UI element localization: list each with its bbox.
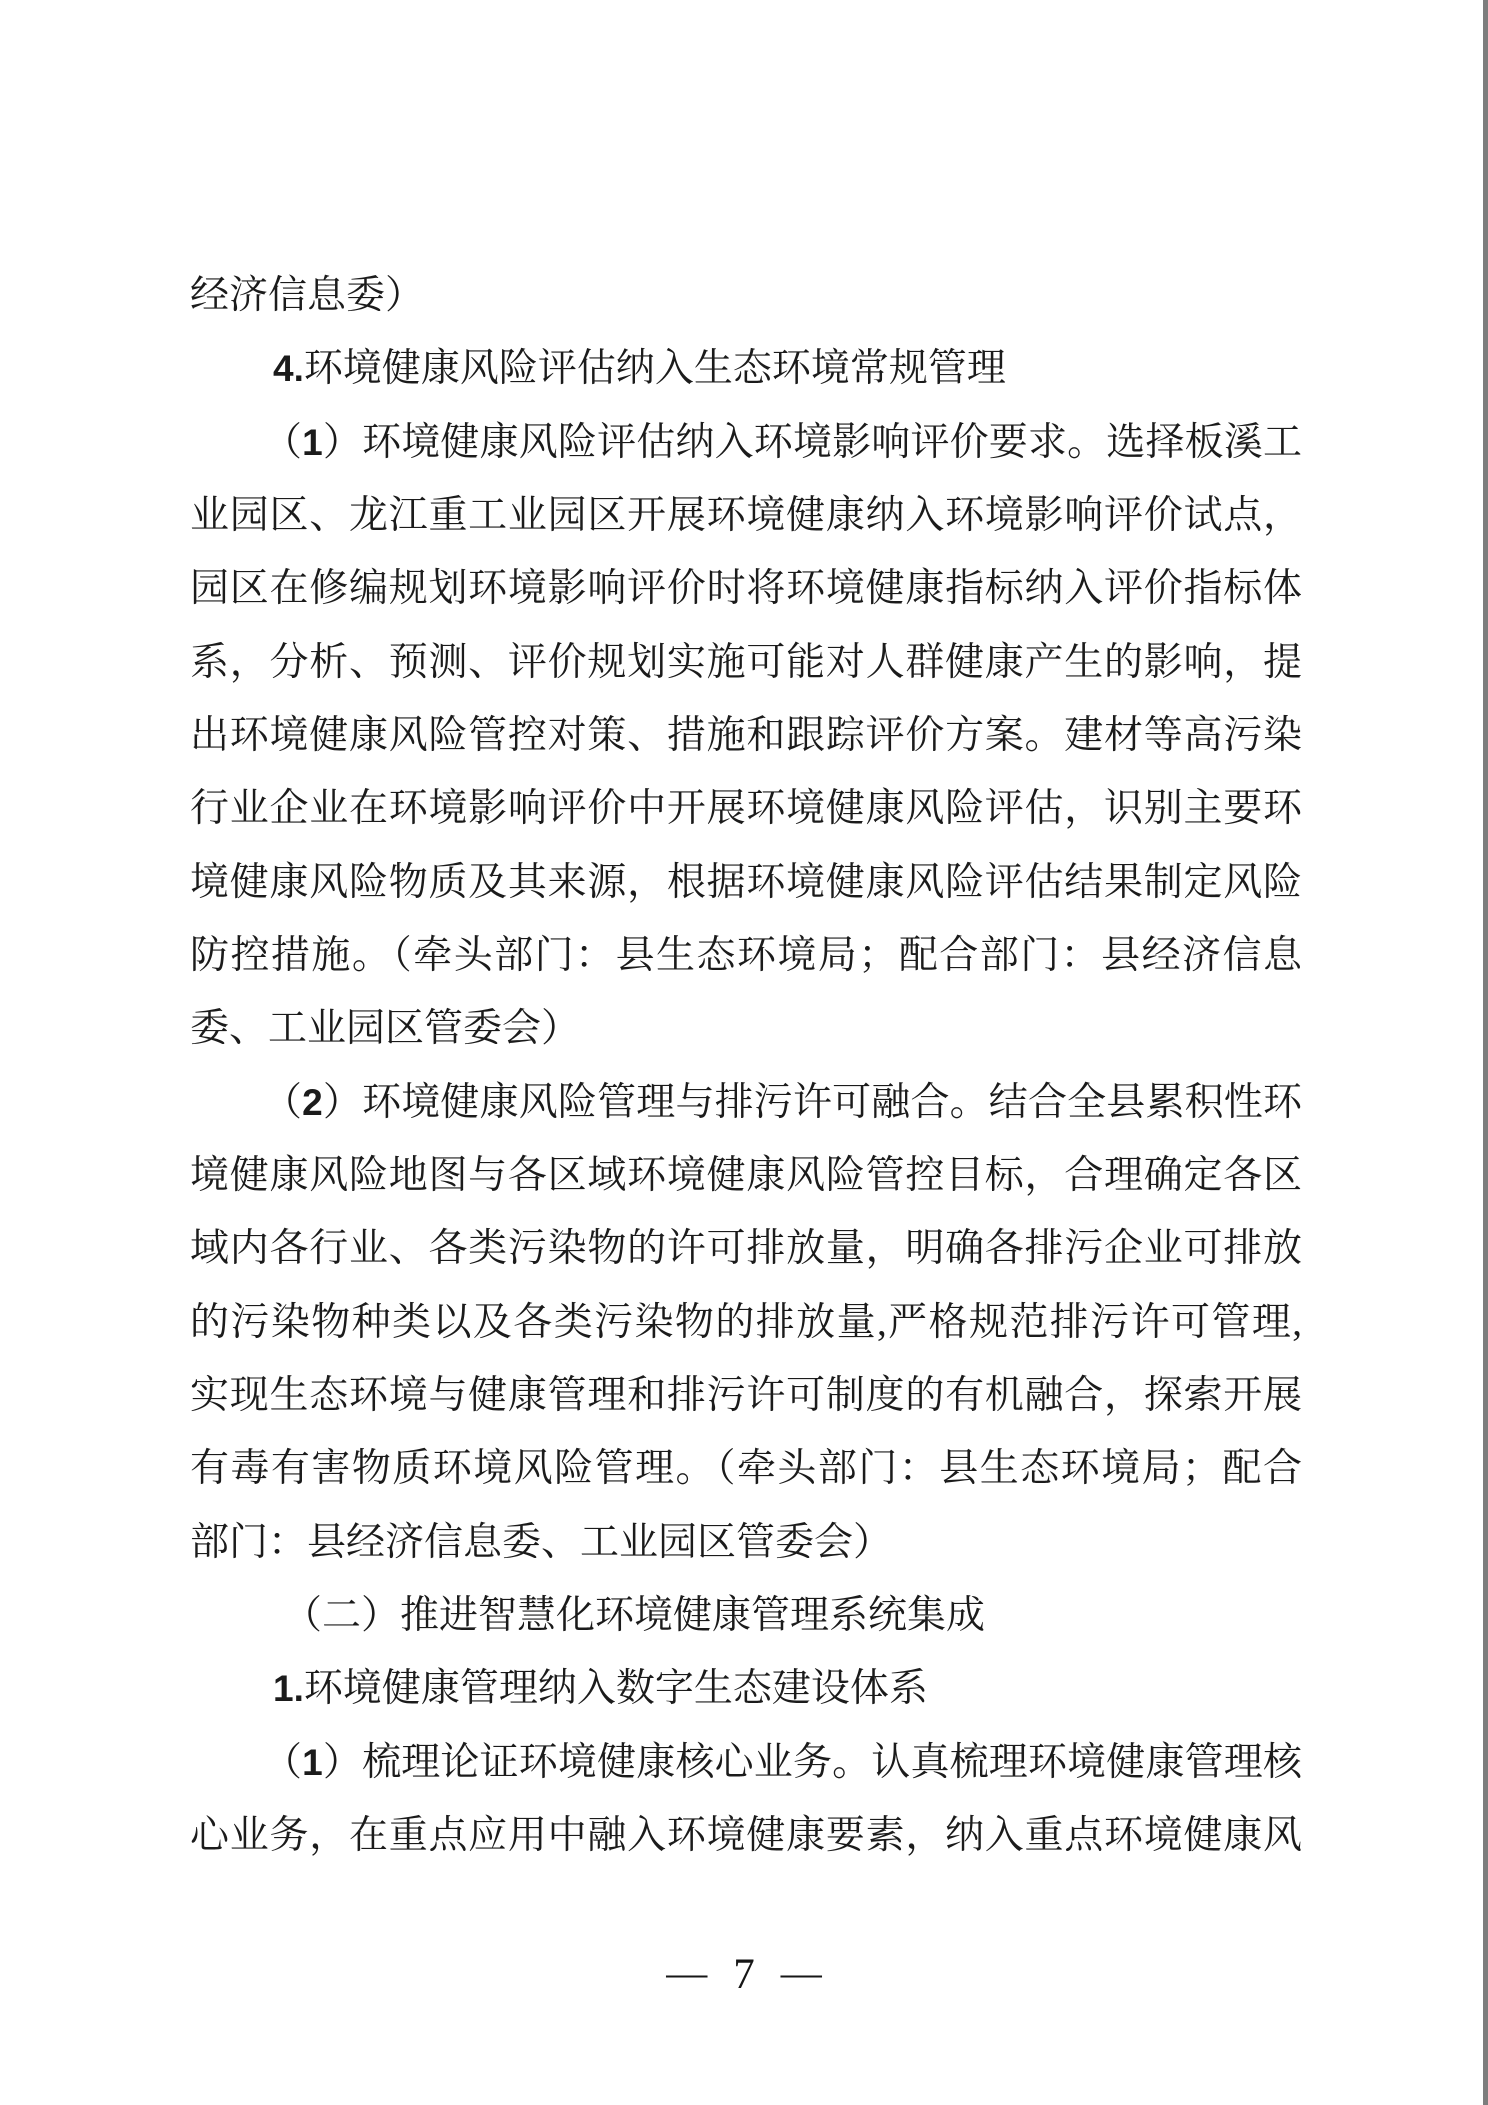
text-run: ）梳理论证环境健康核心业务。认真梳理环境健康管理核 bbox=[323, 1741, 1302, 1784]
text-run: 行业企业在环境影响评价中开展环境健康风险评估，识别主要环 bbox=[190, 787, 1302, 830]
text-line: （二）推进智慧化环境健康管理系统集成 bbox=[190, 1579, 1302, 1652]
footer-dash-right: — bbox=[781, 1948, 822, 1996]
text-line: 经济信息委） bbox=[190, 259, 1302, 332]
text-run: 防控措施。（牵头部门：县生态环境局；配合部门：县经济信息 bbox=[190, 934, 1302, 977]
text-run: 环境健康管理纳入数字生态建设体系 bbox=[304, 1667, 928, 1710]
text-line: 园区在修编规划环境影响评价时将环境健康指标纳入评价指标体 bbox=[190, 552, 1302, 625]
text-line: （2）环境健康风险管理与排污许可融合。结合全县累积性环 bbox=[190, 1066, 1302, 1139]
text-run: 境健康风险物质及其来源，根据环境健康风险评估结果制定风险 bbox=[190, 861, 1302, 904]
document-page: 经济信息委）4.环境健康风险评估纳入生态环境常规管理（1）环境健康风险评估纳入环… bbox=[0, 0, 1488, 2105]
text-run: 系，分析、预测、评价规划实施可能对人群健康产生的影响，提 bbox=[190, 641, 1302, 684]
text-run: 委、工业园区管委会） bbox=[190, 1007, 580, 1050]
text-line: （1）梳理论证环境健康核心业务。认真梳理环境健康管理核 bbox=[190, 1726, 1302, 1799]
text-line: 心业务，在重点应用中融入环境健康要素，纳入重点环境健康风 bbox=[190, 1799, 1302, 1872]
text-line: 业园区、龙江重工业园区开展环境健康纳入环境影响评价试点， bbox=[190, 479, 1302, 552]
text-line: 部门：县经济信息委、工业园区管委会） bbox=[190, 1506, 1302, 1579]
text-line: 的污染物种类以及各类污染物的排放量,严格规范排污许可管理, bbox=[190, 1286, 1302, 1359]
list-number: 2 bbox=[302, 1082, 323, 1123]
text-run: 心业务，在重点应用中融入环境健康要素，纳入重点环境健康风 bbox=[190, 1814, 1302, 1857]
text-run: 业园区、龙江重工业园区开展环境健康纳入环境影响评价试点， bbox=[190, 494, 1302, 537]
text-run: 的污染物种类以及各类污染物的排放量,严格规范排污许可管理, bbox=[190, 1301, 1302, 1344]
text-run: （二）推进智慧化环境健康管理系统集成 bbox=[283, 1594, 985, 1637]
text-line: 委、工业园区管委会） bbox=[190, 992, 1302, 1065]
text-line: 4.环境健康风险评估纳入生态环境常规管理 bbox=[190, 332, 1302, 405]
text-line: 1.环境健康管理纳入数字生态建设体系 bbox=[190, 1652, 1302, 1725]
page-number: 7 bbox=[733, 1950, 755, 1999]
text-line: 境健康风险地图与各区域环境健康风险管控目标，合理确定各区 bbox=[190, 1139, 1302, 1212]
text-run: （ bbox=[263, 1081, 302, 1124]
text-run: ）环境健康风险评估纳入环境影响评价要求。选择板溪工 bbox=[323, 421, 1302, 464]
text-line: 出环境健康风险管控对策、措施和跟踪评价方案。建材等高污染 bbox=[190, 699, 1302, 772]
text-run: （ bbox=[263, 421, 302, 464]
text-run: 环境健康风险评估纳入生态环境常规管理 bbox=[304, 347, 1006, 390]
text-line: 实现生态环境与健康管理和排污许可制度的有机融合，探索开展 bbox=[190, 1359, 1302, 1432]
text-line: 系，分析、预测、评价规划实施可能对人群健康产生的影响，提 bbox=[190, 626, 1302, 699]
text-run: 出环境健康风险管控对策、措施和跟踪评价方案。建材等高污染 bbox=[190, 714, 1302, 757]
text-run: 域内各行业、各类污染物的许可排放量，明确各排污企业可排放 bbox=[190, 1227, 1302, 1270]
text-run: ）环境健康风险管理与排污许可融合。结合全县累积性环 bbox=[323, 1081, 1302, 1124]
text-run: 实现生态环境与健康管理和排污许可制度的有机融合，探索开展 bbox=[190, 1374, 1302, 1417]
list-number: 1 bbox=[302, 422, 323, 463]
text-run: 园区在修编规划环境影响评价时将环境健康指标纳入评价指标体 bbox=[190, 567, 1302, 610]
text-run: （ bbox=[263, 1741, 302, 1784]
text-run: 部门：县经济信息委、工业园区管委会） bbox=[190, 1521, 892, 1564]
page-footer: — 7 — bbox=[0, 1948, 1488, 2000]
text-line: 防控措施。（牵头部门：县生态环境局；配合部门：县经济信息 bbox=[190, 919, 1302, 992]
text-run: 有毒有害物质环境风险管理。（牵头部门：县生态环境局；配合 bbox=[190, 1447, 1302, 1490]
text-line: 有毒有害物质环境风险管理。（牵头部门：县生态环境局；配合 bbox=[190, 1432, 1302, 1505]
list-number: 4. bbox=[273, 348, 304, 389]
text-line: （1）环境健康风险评估纳入环境影响评价要求。选择板溪工 bbox=[190, 406, 1302, 479]
scan-edge-artifact bbox=[1483, 0, 1488, 2105]
text-line: 境健康风险物质及其来源，根据环境健康风险评估结果制定风险 bbox=[190, 846, 1302, 919]
text-line: 域内各行业、各类污染物的许可排放量，明确各排污企业可排放 bbox=[190, 1212, 1302, 1285]
text-run: 境健康风险地图与各区域环境健康风险管控目标，合理确定各区 bbox=[190, 1154, 1302, 1197]
footer-dash-left: — bbox=[666, 1948, 707, 1996]
list-number: 1 bbox=[302, 1742, 323, 1783]
body-text: 经济信息委）4.环境健康风险评估纳入生态环境常规管理（1）环境健康风险评估纳入环… bbox=[190, 259, 1302, 1872]
text-line: 行业企业在环境影响评价中开展环境健康风险评估，识别主要环 bbox=[190, 772, 1302, 845]
text-run: 经济信息委） bbox=[190, 274, 424, 317]
list-number: 1. bbox=[273, 1668, 304, 1709]
